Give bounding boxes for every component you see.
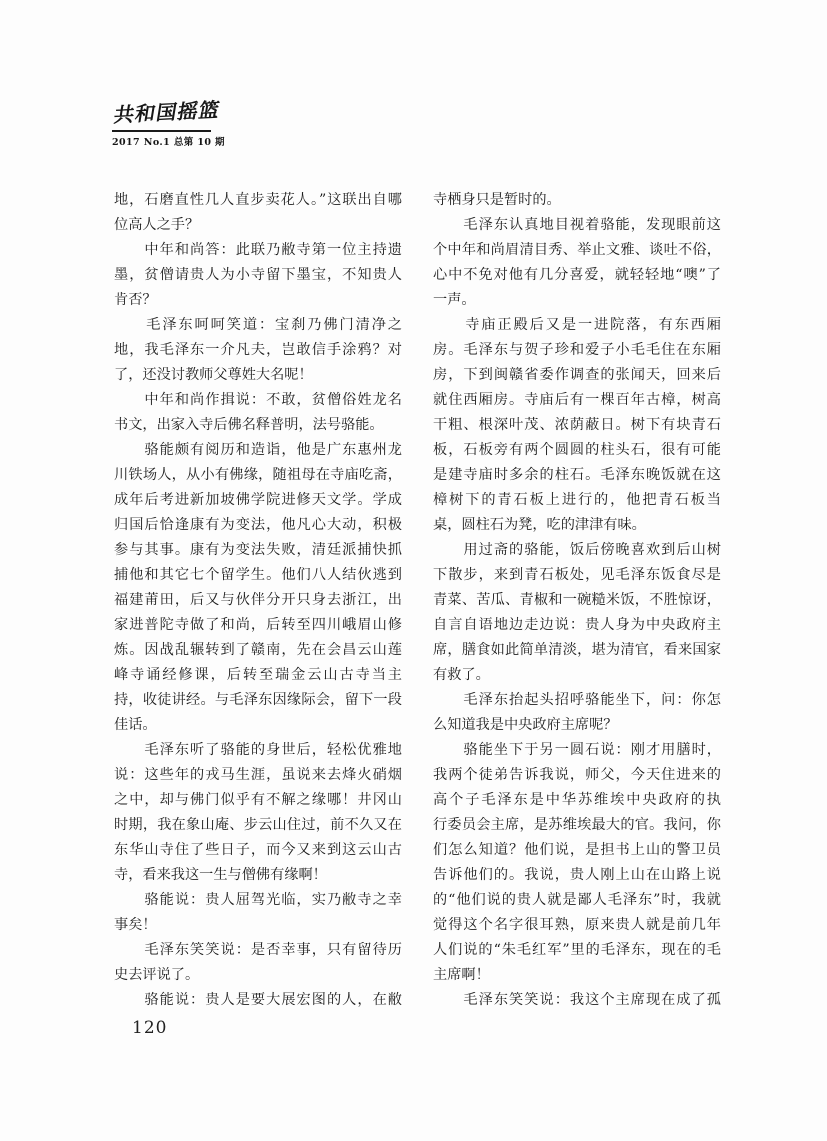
text-line: 就住西厢房。寺庙后有一棵百年古樟，树高 [433, 388, 721, 413]
masthead: 共和国摇篮 2017 No.1 总第 10 期 [112, 99, 232, 148]
text-line: 有救了。 [433, 663, 721, 688]
logo-underline-divider [112, 130, 211, 132]
column-left: 地，石磨直性几人直步卖花人。”这联出自哪位高人之手？ 中年和尚答：此联乃敝寺第一… [114, 188, 402, 1013]
text-line: 板，石板旁有两个圆圆的柱头石，很有可能 [433, 438, 721, 463]
text-line: 么知道我是中央政府主席呢？ [433, 713, 721, 738]
text-line: 持，收徒讲经。与毛泽东因缘际会，留下一段 [114, 688, 402, 713]
text-line: 寺栖身只是暂时的。 [433, 188, 721, 213]
text-line: 地，我毛泽东一介凡夫，岂敢信手涂鸦？对 [114, 338, 402, 363]
text-line: 炼。因战乱辗转到了赣南，先在会昌云山莲 [114, 638, 402, 663]
article-body: 地，石磨直性几人直步卖花人。”这联出自哪位高人之手？ 中年和尚答：此联乃敝寺第一… [114, 188, 721, 1013]
page-number: 120 [132, 1018, 167, 1038]
text-line: 时期，我在象山庵、步云山住过，前不久又在 [114, 813, 402, 838]
scanned-magazine-page: 共和国摇篮 2017 No.1 总第 10 期 地，石磨直性几人直步卖花人。”这… [0, 0, 827, 1141]
text-line: 毛泽东听了骆能的身世后，轻松优雅地 [114, 738, 402, 763]
text-line: 我两个徒弟告诉我说，师父，今天住进来的 [433, 763, 721, 788]
text-line: 墨，贫僧请贵人为小寺留下墨宝，不知贵人 [114, 263, 402, 288]
text-line: 中年和尚作揖说：不敢，贫僧俗姓龙名 [114, 388, 402, 413]
text-line: 青菜、苦瓜、青椒和一碗糙米饭，不胜惊讶， [433, 588, 721, 613]
text-line: 自言自语地边走边说：贵人身为中央政府主 [433, 613, 721, 638]
text-line: 川铁场人，从小有佛缘，随祖母在寺庙吃斋， [114, 463, 402, 488]
journal-logo-calligraphy: 共和国摇篮 [112, 94, 223, 128]
text-line: 房。毛泽东与贺子珍和爱子小毛毛住在东厢 [433, 338, 721, 363]
text-line: 中年和尚答：此联乃敝寺第一位主持遗 [114, 238, 402, 263]
text-line: 毛泽东笑笑说：我这个主席现在成了孤 [433, 988, 721, 1013]
text-line: 寺，看来我这一生与僧佛有缘啊！ [114, 863, 402, 888]
text-line: 骆能说：贵人是要大展宏图的人，在敝 [114, 988, 402, 1013]
text-line: 干粗、根深叶茂、浓荫蔽日。树下有块青石 [433, 413, 721, 438]
text-line: 骆能坐下于另一圆石说：刚才用膳时， [433, 738, 721, 763]
text-line: 下散步，来到青石板处，见毛泽东饭食尽是 [433, 563, 721, 588]
text-line: 事矣！ [114, 913, 402, 938]
text-line: 捕他和其它七个留学生。他们八人结伙逃到 [114, 563, 402, 588]
issue-line: 2017 No.1 总第 10 期 [112, 134, 232, 148]
text-line: 骆能说：贵人屈驾光临，实乃敝寺之幸 [114, 888, 402, 913]
text-line: 肯否？ [114, 288, 402, 313]
text-line: 高个子毛泽东是中华苏维埃中央政府的执 [433, 788, 721, 813]
text-line: 个中年和尚眉清目秀、举止文雅、谈吐不俗， [433, 238, 721, 263]
text-line: 一声。 [433, 288, 721, 313]
text-line: 樟树下的青石板上进行的，他把青石板当 [433, 488, 721, 513]
text-line: 心中不免对他有几分喜爱，就轻轻地“噢”了 [433, 263, 721, 288]
text-line: 福建莆田，后又与伙伴分开只身去浙江，出 [114, 588, 402, 613]
text-line: 东华山寺住了些日子，而今又来到这云山古 [114, 838, 402, 863]
column-right: 寺栖身只是暂时的。 毛泽东认真地目视着骆能，发现眼前这个中年和尚眉清目秀、举止文… [433, 188, 721, 1013]
text-line: 告诉他们的。我说，贵人刚上山在山路上说 [433, 863, 721, 888]
text-line: 佳话。 [114, 713, 402, 738]
text-line: 主席啊！ [433, 963, 721, 988]
text-line: 峰寺诵经修课，后转至瑞金云山古寺当主 [114, 663, 402, 688]
text-line: 人们说的“朱毛红军”里的毛泽东，现在的毛 [433, 938, 721, 963]
text-line: 位高人之手？ [114, 213, 402, 238]
text-line: 说：这些年的戎马生涯，虽说来去烽火硝烟 [114, 763, 402, 788]
text-line: 行委员会主席，是苏维埃最大的官。我问，你 [433, 813, 721, 838]
text-line: 之中，却与佛门似乎有不解之缘哪！井冈山 [114, 788, 402, 813]
text-line: 地，石磨直性几人直步卖花人。”这联出自哪 [114, 188, 402, 213]
text-line: 了，还没讨教师父尊姓大名呢！ [114, 363, 402, 388]
text-line: 归国后恰逢康有为变法，他凡心大动，积极 [114, 513, 402, 538]
text-line: 用过斋的骆能，饭后傍晚喜欢到后山树 [433, 538, 721, 563]
text-line: 史去评说了。 [114, 963, 402, 988]
text-line: 寺庙正殿后又是一进院落，有东西厢 [433, 313, 721, 338]
text-line: 家进普陀寺做了和尚，后转至四川峨眉山修 [114, 613, 402, 638]
text-line: 桌，圆柱石为凳，吃的津津有味。 [433, 513, 721, 538]
text-line: 参与其事。康有为变法失败，清廷派捕快抓 [114, 538, 402, 563]
text-line: 毛泽东呵呵笑道：宝刹乃佛门清净之 [114, 313, 402, 338]
text-line: 毛泽东认真地目视着骆能，发现眼前这 [433, 213, 721, 238]
text-line: 毛泽东抬起头招呼骆能坐下，问：你怎 [433, 688, 721, 713]
text-line: 房，下到闽赣省委作调查的张闻天，回来后 [433, 363, 721, 388]
text-line: 成年后考进新加坡佛学院进修天文学。学成 [114, 488, 402, 513]
text-line: 书文，出家入寺后佛名释普明，法号骆能。 [114, 413, 402, 438]
text-line: 是建寺庙时多余的柱石。毛泽东晚饭就在这 [433, 463, 721, 488]
text-line: 骆能颇有阅历和造诣，他是广东惠州龙 [114, 438, 402, 463]
text-line: 席，膳食如此简单清淡，堪为清官，看来国家 [433, 638, 721, 663]
text-line: 毛泽东笑笑说：是否幸事，只有留待历 [114, 938, 402, 963]
text-line: 觉得这个名字很耳熟，原来贵人就是前几年 [433, 913, 721, 938]
text-line: 的“他们说的贵人就是鄙人毛泽东”时，我就 [433, 888, 721, 913]
text-line: 们怎么知道？他们说，是担书上山的警卫员 [433, 838, 721, 863]
